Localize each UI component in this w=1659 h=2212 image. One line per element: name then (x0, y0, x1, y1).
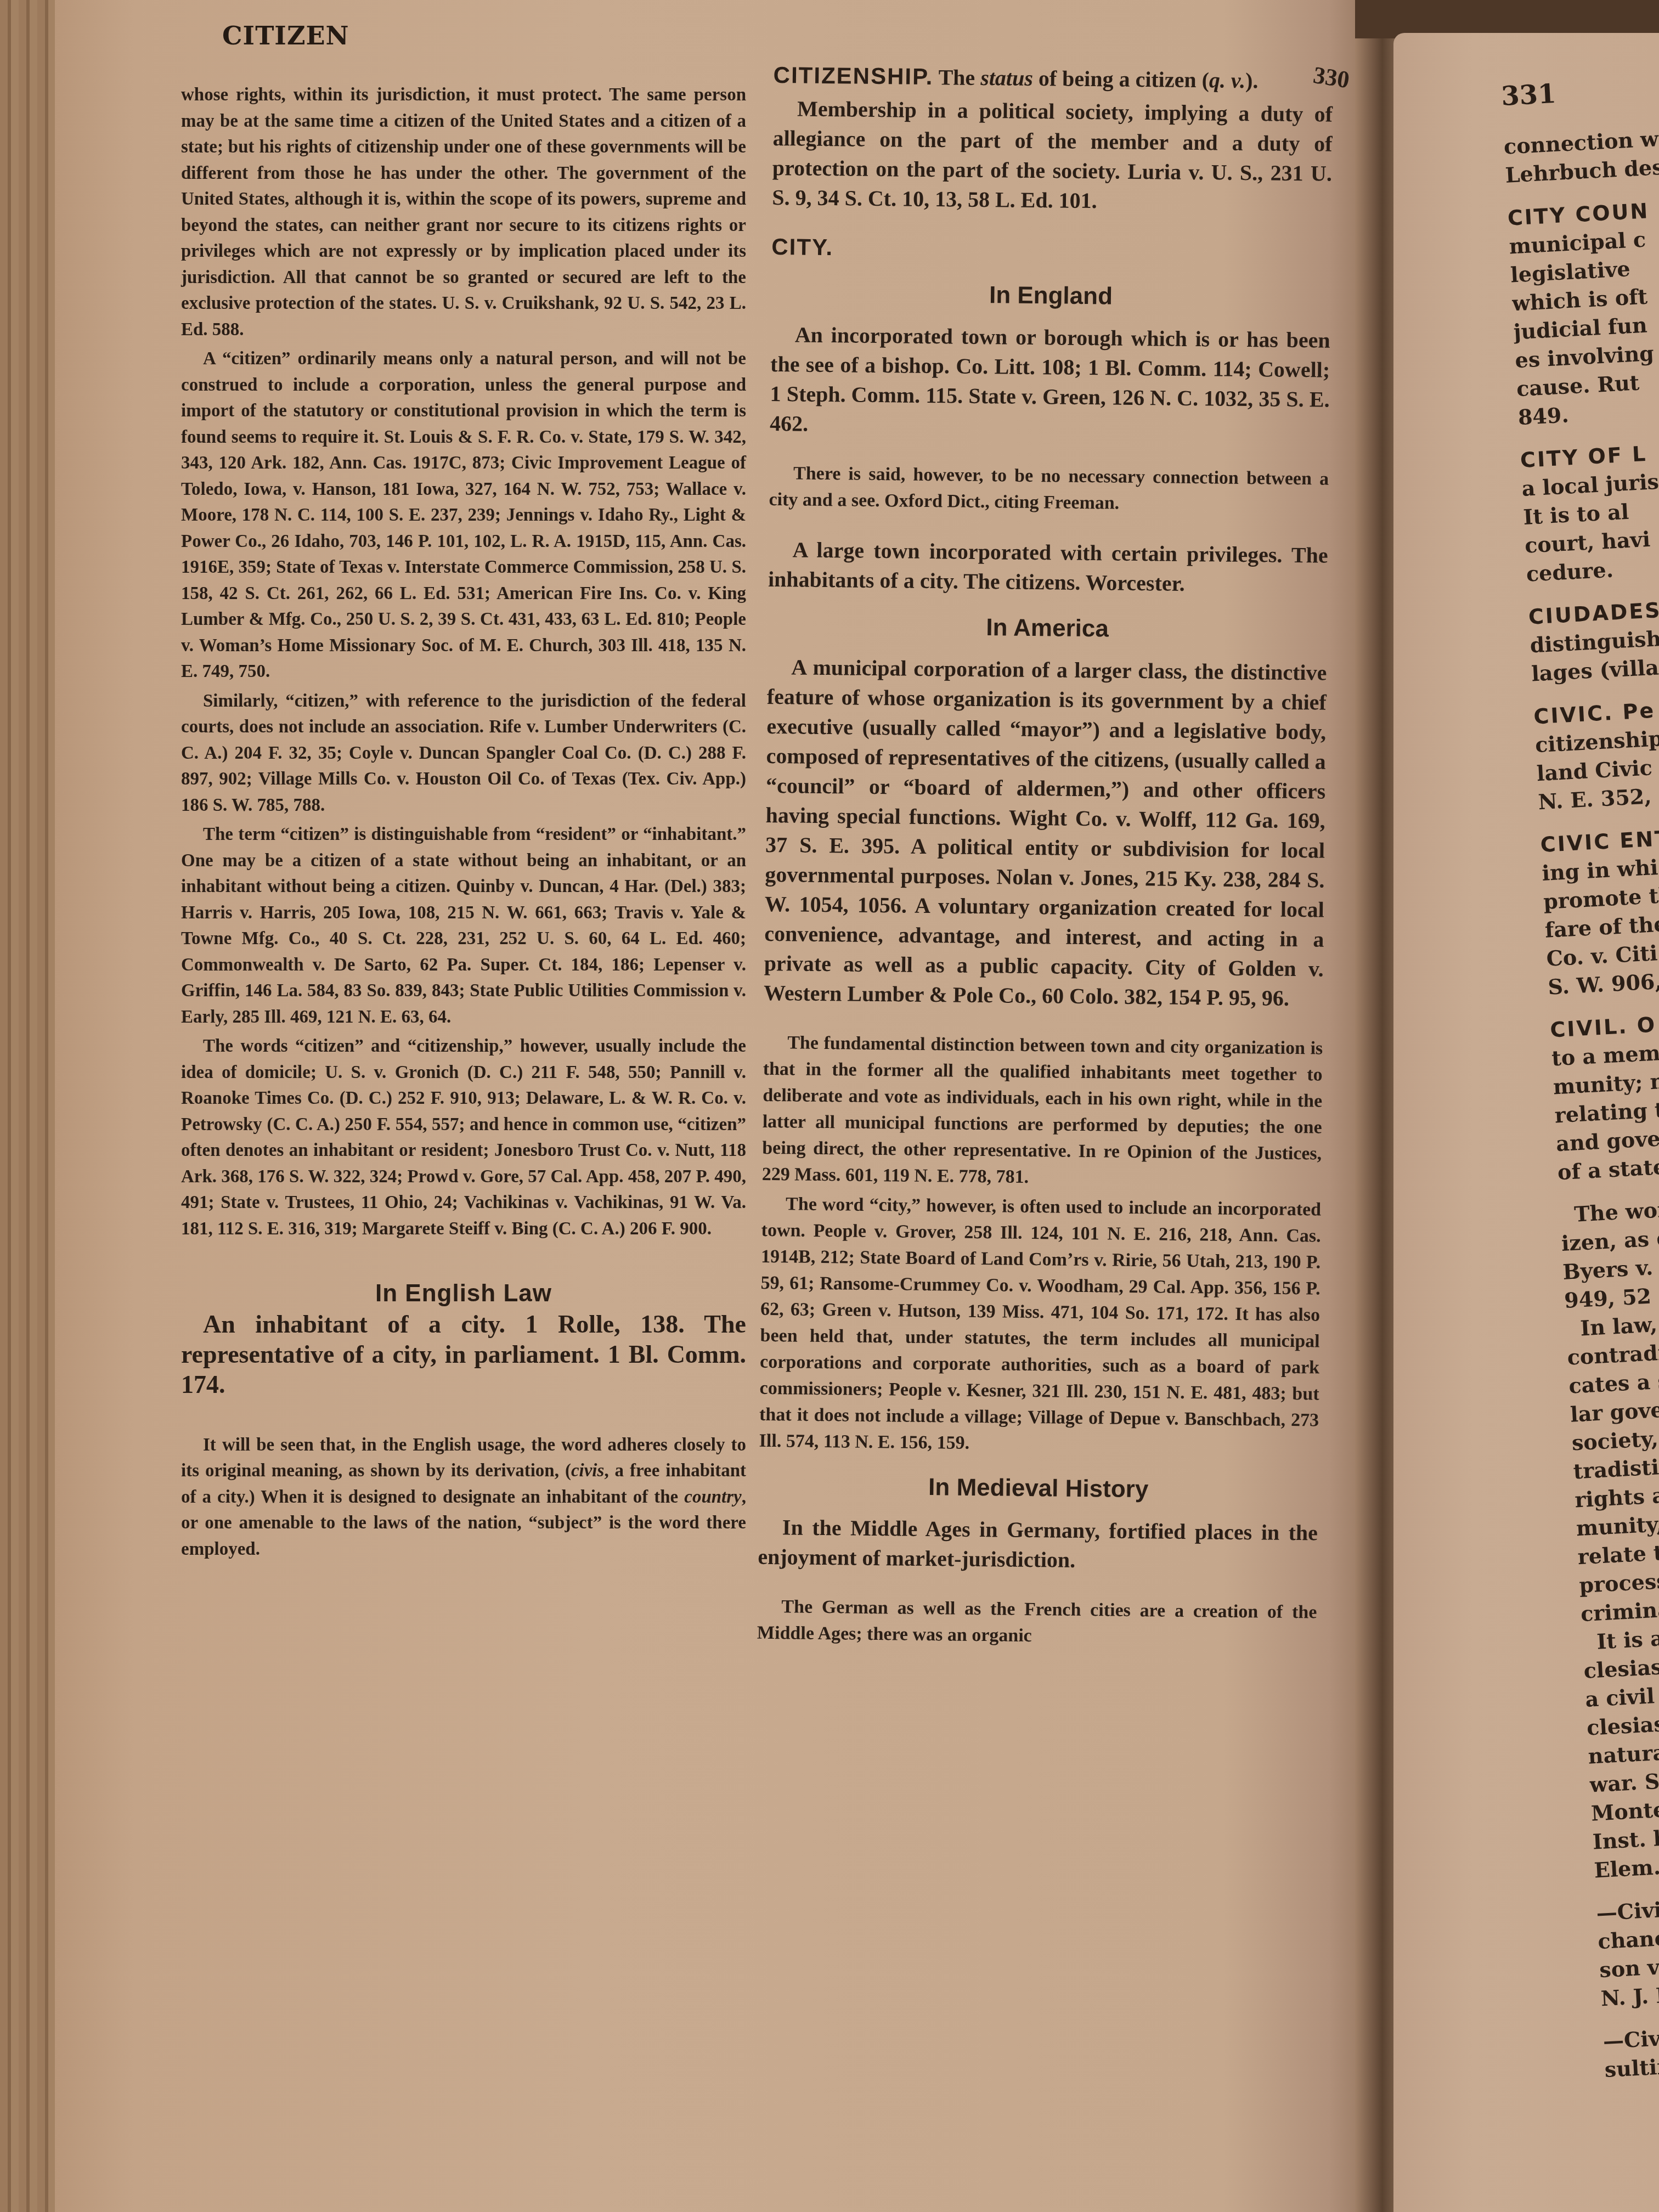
headword: CIVIL. O (1549, 1013, 1657, 1042)
right-page-entry: —Civil po sulting f (1602, 2016, 1659, 2084)
english-law-note: It will be seen that, in the English usa… (181, 1432, 746, 1563)
paragraph: An incorporated town or borough which is… (770, 320, 1330, 444)
running-head: CITIZEN (222, 21, 349, 50)
middle-column: 330 CITIZENSHIP. The status of being a c… (757, 60, 1333, 1656)
paragraph: A “citizen” ordinarily means only a natu… (181, 346, 746, 685)
book-page-edges (0, 0, 60, 2212)
paragraph: The fundamental distinction between town… (761, 1030, 1323, 1194)
paragraph: A large town incorporated with certain p… (768, 535, 1328, 600)
english-law-definition: An inhabitant of a city. 1 Rolle, 138. T… (181, 1309, 746, 1400)
section-heading-england: In England (771, 278, 1331, 314)
headword: CITY OF L (1520, 442, 1647, 472)
right-page-entry: The word izen, as dis Byers v. Su 949, 5… (1559, 1189, 1659, 1884)
entry-text: to a memb munity; n relating t and gover… (1551, 1040, 1659, 1184)
headword: CIVIC. Pe (1533, 698, 1656, 729)
entry-text: municipal c legislative which is oft jud… (1508, 227, 1654, 430)
section-heading-english-law: In English Law (181, 1280, 746, 1307)
entry-text: a local juris It is to al court, havi ce… (1521, 469, 1659, 586)
right-fragments: connection wit Lehrbuch desCITY COUN mun… (1503, 121, 1659, 2084)
paragraph: The term “citizen” is distinguishable fr… (181, 822, 746, 1030)
entry-text: —Civil po sulting f (1602, 2023, 1659, 2082)
section-heading-america: In America (768, 611, 1328, 646)
right-page-entry: CITY OF L a local juris It is to al cour… (1520, 435, 1659, 589)
page-number: 331 (1500, 71, 1659, 111)
right-column: 331 connection wit Lehrbuch desCITY COUN… (1500, 71, 1659, 2098)
section-heading-medieval: In Medieval History (759, 1471, 1319, 1506)
entry-text: ing in whi promote th fare of the Co. v.… (1541, 855, 1659, 1000)
right-page-entry: connection wit Lehrbuch des (1503, 121, 1659, 190)
entry-text: distinguish lages (villa (1530, 626, 1659, 686)
paragraph: There is said, however, to be no necessa… (769, 460, 1329, 519)
right-page-clip: 331 connection wit Lehrbuch desCITY COUN… (1393, 0, 1659, 2212)
page-number: 330 (1311, 60, 1351, 95)
paragraph: A municipal corporation of a larger clas… (764, 652, 1327, 1014)
paragraph: The German as well as the French cities … (757, 1594, 1317, 1652)
paragraph: In the Middle Ages in Germany, fortified… (758, 1513, 1318, 1578)
right-page-entry: CIVIC. Pe citizenship. land Civic N. E. … (1533, 691, 1659, 817)
headword: CITY COUN (1507, 199, 1650, 230)
entry-text: The word izen, as dis Byers v. Su 949, 5… (1559, 1196, 1659, 1882)
entry-citizenship: CITIZENSHIP. The status of being a citiz… (773, 60, 1333, 97)
entry-text: —Civil in chancery, son v. S N. J. Eq. (1596, 1895, 1659, 2011)
headword: CIVIC ENT (1540, 826, 1659, 857)
paragraph: The words “citizen” and “citizenship,” h… (181, 1034, 746, 1242)
right-page-entry: CITY COUN municipal c legislative which … (1507, 193, 1659, 432)
headword: CITIZENSHIP. (773, 62, 933, 89)
right-page-entry: CIVIC ENT ing in whi promote th fare of … (1539, 819, 1659, 1002)
paragraph: whose rights, within its jurisdiction, i… (181, 82, 746, 343)
right-page-entry: CIUDADES distinguish lages (villa (1528, 591, 1659, 689)
headword: CIUDADES (1528, 598, 1659, 629)
paragraph: The word “city,” however, is often used … (759, 1191, 1321, 1460)
left-column: whose rights, within its jurisdiction, i… (181, 82, 746, 1566)
paragraph: Membership in a political society, imply… (772, 94, 1333, 218)
entry-city-headword: CITY. (771, 232, 1331, 268)
right-page-entry: CIVIL. O to a memb munity; n relating t … (1549, 1005, 1659, 1187)
entry-text: connection wit Lehrbuch des (1503, 125, 1659, 187)
right-page-entry: —Civil in chancery, son v. S N. J. Eq. (1596, 1888, 1659, 2013)
entry-text: citizenship. land Civic N. E. 352, (1534, 725, 1659, 814)
paragraph: Similarly, “citizen,” with reference to … (181, 689, 746, 819)
